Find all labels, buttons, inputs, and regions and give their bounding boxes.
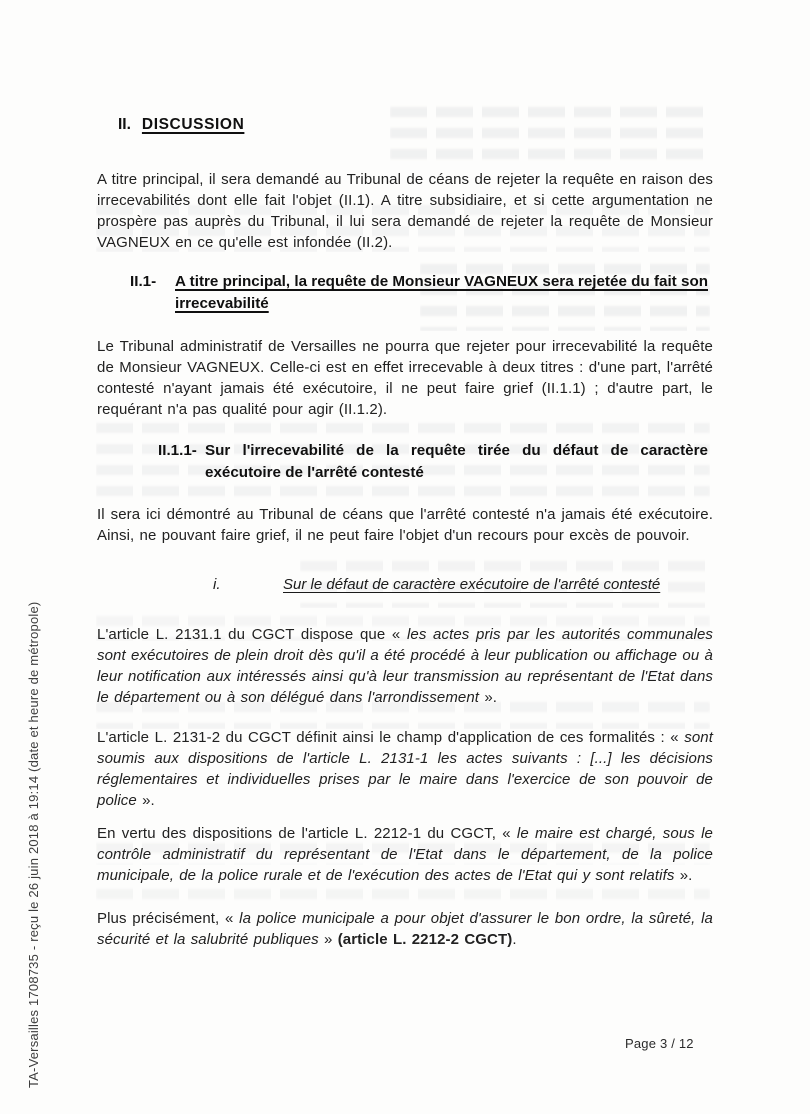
heading-discussion: II. DISCUSSION — [118, 116, 244, 134]
tribunal-receipt-stamp: TA-Versailles 1708735 - reçu le 26 juin … — [26, 602, 41, 1088]
paragraph-article-2212-1: En vertu des dispositions de l'article L… — [97, 823, 713, 886]
heading-discussion-title: DISCUSSION — [142, 116, 244, 134]
heading-II-1-1-text: Sur l'irrecevabilité de la requête tirée… — [205, 440, 708, 484]
paragraph-intro: A titre principal, il sera demandé au Tr… — [97, 169, 713, 253]
heading-discussion-number: II. — [118, 116, 131, 134]
scanned-document-page: TA-Versailles 1708735 - reçu le 26 juin … — [0, 0, 810, 1114]
paragraph-article-2212-2: Plus précisément, « la police municipale… — [97, 908, 713, 950]
heading-II-1: II.1- A titre principal, la requête de M… — [130, 271, 708, 315]
paragraph-article-2131-2: L'article L. 2131-2 du CGCT définit ains… — [97, 727, 713, 811]
paragraph-article-2131-1: L'article L. 2131.1 du CGCT dispose que … — [97, 624, 713, 708]
bleedthrough-ghost — [390, 102, 712, 166]
page-number: Page 3 / 12 — [625, 1036, 694, 1051]
heading-i-number: i. — [213, 574, 283, 596]
paragraph-demonstration: Il sera ici démontré au Tribunal de céan… — [97, 504, 713, 546]
heading-II-1-1: II.1.1- Sur l'irrecevabilité de la requê… — [158, 440, 708, 484]
bleedthrough-ghost — [96, 884, 710, 910]
heading-II-1-text: A titre principal, la requête de Monsieu… — [175, 271, 708, 315]
heading-i: i. Sur le défaut de caractère exécutoire… — [213, 574, 663, 596]
paragraph-irrecevabilite: Le Tribunal administratif de Versailles … — [97, 336, 713, 420]
heading-i-text: Sur le défaut de caractère exécutoire de… — [283, 574, 660, 596]
heading-II-1-1-number: II.1.1- — [158, 440, 205, 484]
heading-II-1-number: II.1- — [130, 271, 175, 315]
